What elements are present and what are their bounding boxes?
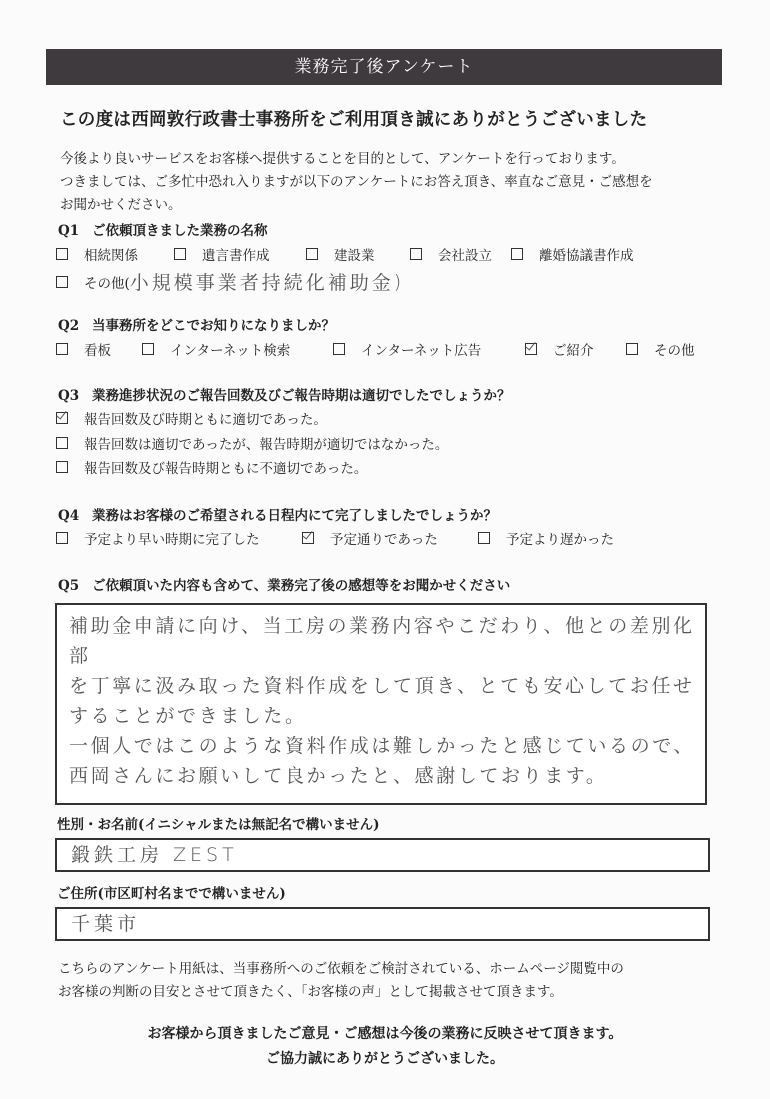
- name-field-label: 性別・お名前(イニシャルまたは無記名で構いません): [57, 813, 379, 833]
- q2-number: Q2: [58, 318, 92, 334]
- answer-line: を丁寧に汲み取った資料作成をして頂き、とても安心してお任せ: [69, 671, 705, 701]
- q4-options: 予定より早い時期に完了した 予定通りであった 予定より遅かった: [56, 528, 614, 548]
- thank-you-heading: この度は西岡敦行政書士事務所をご利用頂き誠にありがとうございました: [60, 106, 647, 131]
- checkbox-icon[interactable]: [306, 248, 318, 260]
- q3-option[interactable]: 報告回数及び報告時期ともに不適切であった。: [56, 457, 367, 477]
- address-field-label: ご住所(市区町村名までで構いません): [57, 882, 286, 902]
- checkbox-icon[interactable]: [626, 343, 638, 355]
- intro-paragraph: 今後より良いサービスをお客様へ提供することを目的として、アンケートを行っておりま…: [60, 148, 653, 217]
- q5-answer-text: 補助金申請に向け、当工房の業務内容やこだわり、他との差別化部 を丁寧に汲み取った…: [57, 605, 705, 791]
- q2-option[interactable]: インターネット広告: [333, 339, 525, 359]
- q4-title: Q4業務はお客様のご希望される日程内にて完了しましたでしょうか？: [58, 504, 497, 524]
- q4-option[interactable]: 予定より遅かった: [478, 528, 614, 548]
- closing-message: お客様から頂きましたご意見・ご感想は今後の業務に反映させて頂きます。 ご協力誠に…: [0, 1022, 770, 1072]
- q5-answer-textarea[interactable]: 補助金申請に向け、当工房の業務内容やこだわり、他との差別化部 を丁寧に汲み取った…: [55, 603, 707, 805]
- closing-line: お客様から頂きましたご意見・ご感想は今後の業務に反映させて頂きます。: [0, 1022, 770, 1047]
- q5-title: Q5ご依頼頂いた内容も含めて、業務完了後の感想等をお聞かせください: [58, 574, 510, 594]
- q1-option[interactable]: 会社設立: [410, 244, 511, 264]
- q1-text: ご依頼頂きました業務の名称: [92, 223, 268, 239]
- q2-option[interactable]: ご紹介: [525, 339, 626, 359]
- q5-text: ご依頼頂いた内容も含めて、業務完了後の感想等をお聞かせください: [92, 578, 510, 594]
- answer-line: 一個人ではこのような資料作成は難しかったと感じているので、: [69, 731, 705, 761]
- checkbox-icon[interactable]: [142, 343, 154, 355]
- q2-options: 看板 インターネット検索 インターネット広告 ご紹介 その他: [56, 339, 695, 359]
- q3-title: Q3業務進捗状況のご報告回数及びご報告時期は適切でしたでしょうか？: [58, 384, 511, 404]
- checkbox-icon[interactable]: [410, 248, 422, 260]
- checkbox-icon[interactable]: [174, 248, 186, 260]
- name-input[interactable]: 鍛鉄工房 ZEST: [55, 838, 710, 872]
- checkbox-icon[interactable]: [333, 343, 345, 355]
- q2-option[interactable]: その他: [626, 339, 695, 359]
- checkbox-checked-icon[interactable]: [525, 343, 537, 355]
- q3-option[interactable]: 報告回数及び時期ともに適切であった。: [56, 408, 327, 428]
- q4-option[interactable]: 予定通りであった: [302, 528, 478, 548]
- address-input[interactable]: 千葉市: [55, 907, 710, 941]
- checkbox-checked-icon[interactable]: [302, 532, 314, 544]
- q4-number: Q4: [58, 508, 92, 524]
- q2-title: Q2当事務所をどこでお知りになりましか？: [58, 314, 335, 334]
- q5-number: Q5: [58, 578, 92, 594]
- q3-option[interactable]: 報告回数は適切であったが、報告時期が適切ではなかった。: [56, 433, 448, 453]
- checkbox-icon[interactable]: [56, 532, 68, 544]
- q2-option[interactable]: インターネット検索: [142, 339, 333, 359]
- checkbox-icon[interactable]: [478, 532, 490, 544]
- name-value: 鍛鉄工房 ZEST: [57, 840, 708, 870]
- q1-number: Q1: [58, 223, 92, 239]
- q1-options: 相続関係 遺言書作成 建設業 会社設立 離婚協議書作成: [56, 244, 634, 264]
- q1-option[interactable]: 遺言書作成: [174, 244, 306, 264]
- q1-title: Q1ご依頼頂きました業務の名称: [58, 219, 268, 239]
- checkbox-checked-icon[interactable]: [56, 412, 68, 424]
- answer-line: することができました。: [69, 701, 705, 731]
- q1-option[interactable]: 離婚協議書作成: [511, 244, 634, 264]
- checkbox-icon[interactable]: [56, 437, 68, 449]
- notice-line: お客様の判断の目安とさせて頂きたく、「お客様の声」として掲載させて頂きます。: [58, 981, 624, 1004]
- intro-line: 今後より良いサービスをお客様へ提供することを目的として、アンケートを行っておりま…: [60, 148, 653, 171]
- q2-text: 当事務所をどこでお知りになりましか？: [92, 318, 335, 334]
- answer-line: 補助金申請に向け、当工房の業務内容やこだわり、他との差別化部: [69, 611, 705, 671]
- intro-line: つきましては、ご多忙中恐れ入りますが以下のアンケートにお答え頂き、率直なご意見・…: [60, 171, 653, 194]
- publication-notice: こちらのアンケート用紙は、当事務所へのご依頼をご検討されている、ホームページ閲覧…: [58, 958, 624, 1004]
- q3-number: Q3: [58, 388, 92, 404]
- q1-option[interactable]: 相続関係: [56, 244, 174, 264]
- q1-option[interactable]: 建設業: [306, 244, 410, 264]
- q1-other-option[interactable]: その他( 小規模事業者持続化補助金 ): [56, 268, 404, 295]
- address-value: 千葉市: [57, 909, 708, 939]
- q3-text: 業務進捗状況のご報告回数及びご報告時期は適切でしたでしょうか？: [92, 388, 511, 404]
- q2-option[interactable]: 看板: [56, 339, 142, 359]
- checkbox-icon[interactable]: [56, 343, 68, 355]
- q4-text: 業務はお客様のご希望される日程内にて完了しましたでしょうか？: [92, 508, 497, 524]
- intro-line: お聞かせください。: [60, 194, 653, 217]
- checkbox-icon[interactable]: [56, 461, 68, 473]
- survey-header-bar: 業務完了後アンケート: [46, 49, 722, 85]
- checkbox-icon[interactable]: [56, 248, 68, 260]
- q4-option[interactable]: 予定より早い時期に完了した: [56, 528, 302, 548]
- q1-other-label: その他(: [84, 272, 130, 292]
- checkbox-icon[interactable]: [56, 276, 68, 288]
- checkbox-icon[interactable]: [511, 248, 523, 260]
- notice-line: こちらのアンケート用紙は、当事務所へのご依頼をご検討されている、ホームページ閲覧…: [58, 958, 624, 981]
- answer-line: 西岡さんにお願いして良かったと、感謝しております。: [69, 761, 705, 791]
- closing-line: ご協力誠にありがとうございました。: [0, 1047, 770, 1072]
- q1-other-input[interactable]: 小規模事業者持続化補助金: [130, 268, 394, 295]
- survey-title: 業務完了後アンケート: [295, 57, 474, 77]
